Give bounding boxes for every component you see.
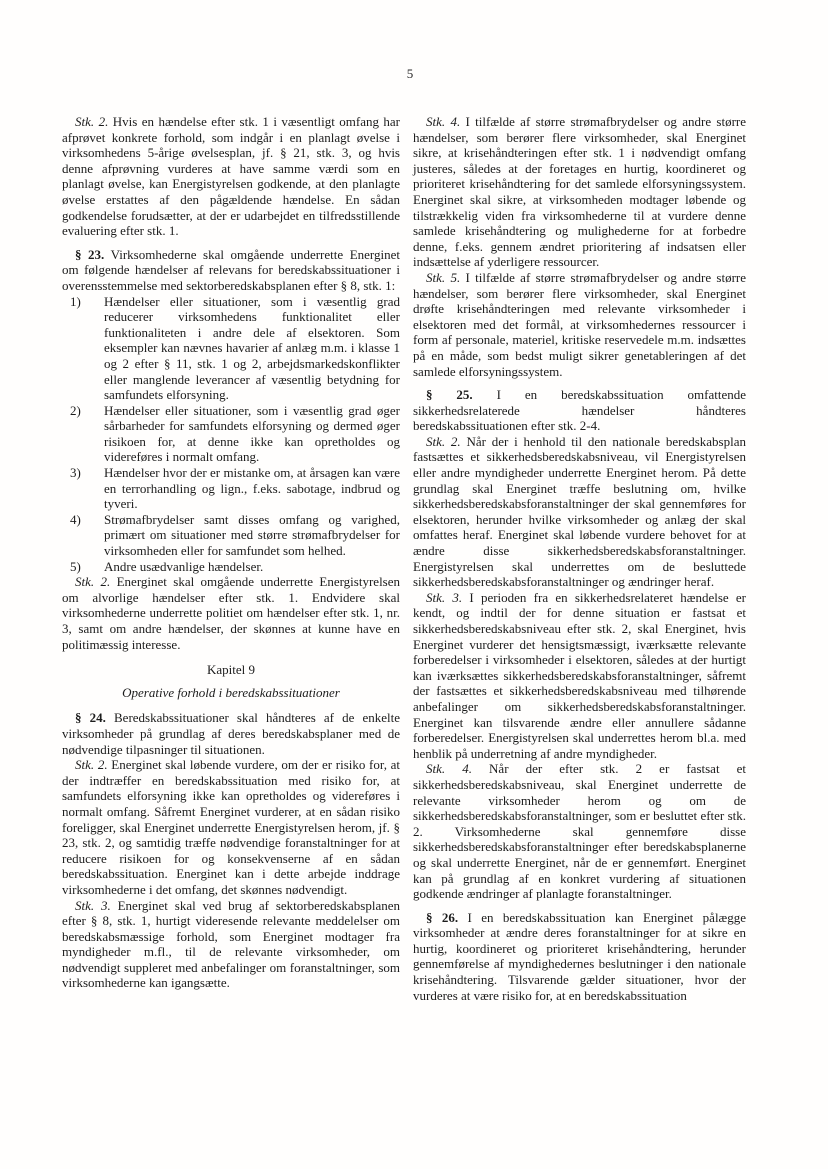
section-label: § 24. [75,710,106,725]
section-label: § 25. [426,387,473,402]
stk-label: Stk. 2. [75,114,108,129]
stk-label: Stk. 2. [426,434,461,449]
list-item-number: 5) [70,559,81,575]
paragraph-text: Energinet skal omgående underrette Energ… [62,574,400,651]
paragraph-text: I perioden fra en sikkerhedsrelateret hæ… [413,590,746,761]
list-item: 4) Strømafbrydelser samt disses omfang o… [62,512,400,559]
left-column: Stk. 2. Hvis en hændelse efter stk. 1 i … [62,114,400,1003]
stk-label: Stk. 3. [426,590,462,605]
paragraph-s24-stk3: Stk. 3. Energinet skal ved brug af sekto… [62,898,400,992]
paragraph-stk4: Stk. 4. I tilfælde af større strømafbryd… [413,114,746,270]
stk-label: Stk. 4. [426,761,472,776]
list-item-number: 2) [70,403,81,419]
paragraph-section-23: § 23. Virksomhederne skal omgående under… [62,247,400,294]
paragraph-text: I tilfælde af større strømafbrydelser og… [413,114,746,269]
list-item: 5) Andre usædvanlige hændelser. [62,559,400,575]
list-item-text: Hændelser hvor der er mistanke om, at år… [104,465,400,511]
section-label: § 23. [75,247,104,262]
paragraph-text: Hvis en hændelse efter stk. 1 i væsentli… [62,114,400,238]
paragraph-s24-stk2: Stk. 2. Energinet skal løbende vurdere, … [62,757,400,897]
list-item: 2) Hændelser eller situationer, som i væ… [62,403,400,465]
paragraph-text: I tilfælde af større strømafbrydelser og… [413,270,746,379]
page-number: 5 [0,66,820,82]
chapter-subheading: Operative forhold i beredskabssituatione… [62,685,400,701]
stk-label: Stk. 4. [426,114,460,129]
paragraph-s25-stk4: Stk. 4. Når der efter stk. 2 er fastsat … [413,761,746,901]
paragraph-stk5: Stk. 5. I tilfælde af større strømafbryd… [413,270,746,379]
list-item: 1) Hændelser eller situationer, som i væ… [62,294,400,403]
paragraph-text: Når der efter stk. 2 er fastsat et sikke… [413,761,746,901]
paragraph-s25-stk3: Stk. 3. I perioden fra en sikkerhedsrela… [413,590,746,762]
list-item-text: Strømafbrydelser samt disses omfang og v… [104,512,400,558]
paragraph-s23-stk2: Stk. 2. Energinet skal omgående underret… [62,574,400,652]
paragraph-section-26: § 26. I en beredskabssituation kan Energ… [413,910,746,1004]
paragraph-s25-stk2: Stk. 2. Når der i henhold til den nation… [413,434,746,590]
paragraph-text: Energinet skal løbende vurdere, om der e… [62,757,400,897]
paragraph-text: Beredskabssituationer skal håndteres af … [62,710,400,756]
paragraph-section-24: § 24. Beredskabssituationer skal håndter… [62,710,400,757]
list-item-text: Hændelser eller situationer, som i væsen… [104,403,400,465]
paragraph-text: Energinet skal ved brug af sektorberedsk… [62,898,400,991]
stk-label: Stk. 3. [75,898,111,913]
stk-label: Stk. 2. [75,574,110,589]
list-item: 3) Hændelser hvor der er mistanke om, at… [62,465,400,512]
list-item-number: 4) [70,512,81,528]
document-page: 5 Stk. 2. Hvis en hændelse efter stk. 1 … [0,0,828,1169]
text-columns: Stk. 2. Hvis en hændelse efter stk. 1 i … [62,114,746,1003]
paragraph-text: Når der i henhold til den nationale bere… [413,434,746,589]
list-item-number: 3) [70,465,81,481]
right-column: Stk. 4. I tilfælde af større strømafbryd… [413,114,746,1003]
stk-label: Stk. 5. [426,270,460,285]
list-item-number: 1) [70,294,81,310]
section-label: § 26. [426,910,458,925]
list-item-text: Hændelser eller situationer, som i væsen… [104,294,400,403]
list-item-text: Andre usædvanlige hændelser. [104,559,263,574]
paragraph-text: I en beredskabssituation kan Energinet p… [413,910,746,1003]
paragraph-text: Virksomhederne skal omgående underrette … [62,247,400,293]
chapter-heading: Kapitel 9 [62,662,400,678]
stk-label: Stk. 2. [75,757,108,772]
paragraph-section-25: § 25. I en beredskabssituation omfattend… [413,387,746,434]
paragraph-stk2-exercise: Stk. 2. Hvis en hændelse efter stk. 1 i … [62,114,400,239]
